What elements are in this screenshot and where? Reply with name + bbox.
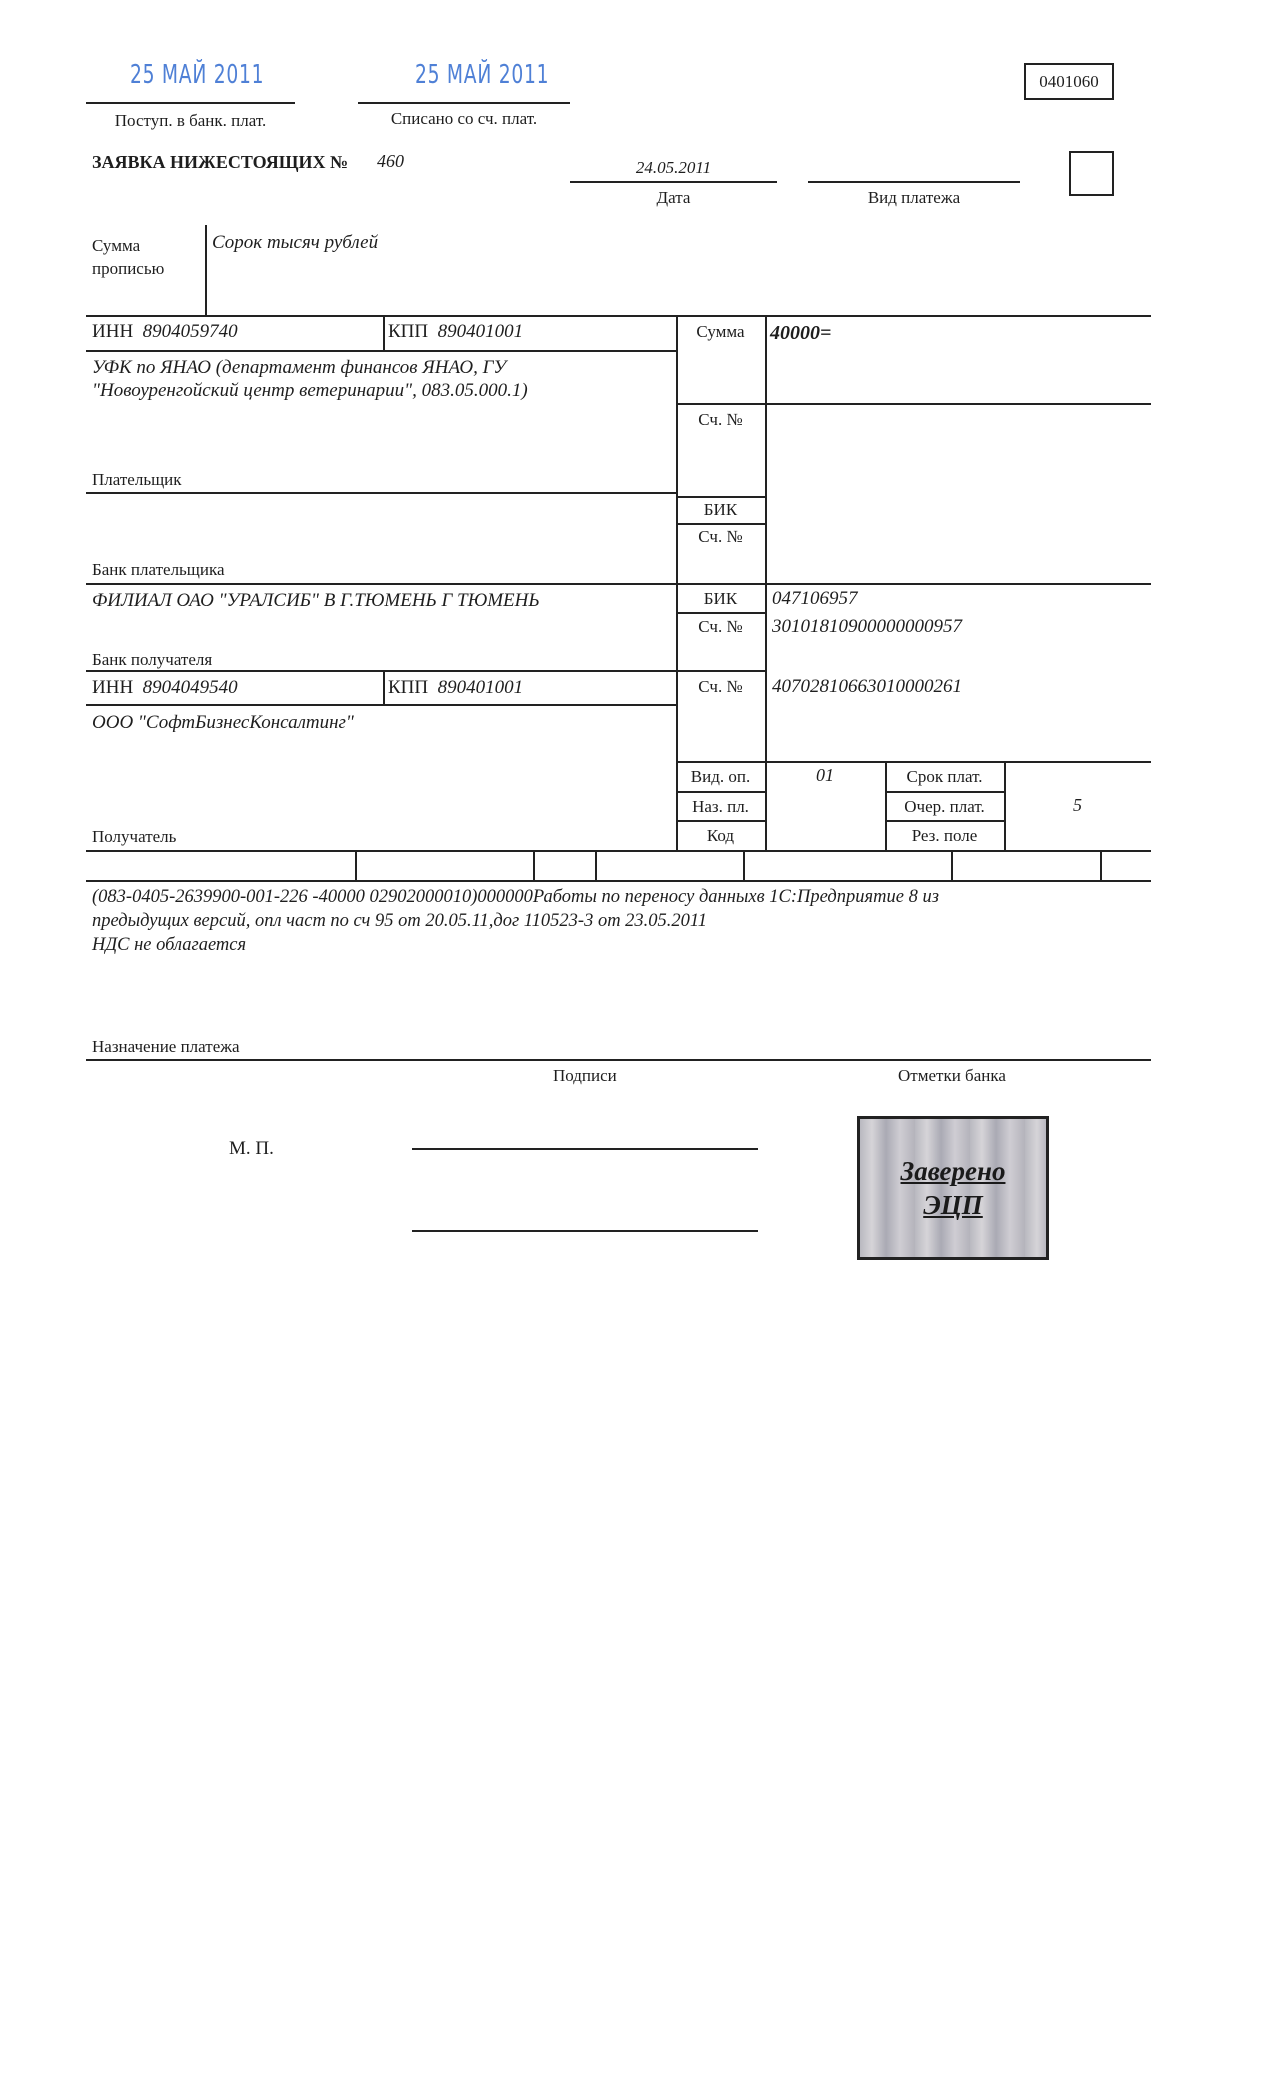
- debited-label: Списано со сч. плат.: [358, 109, 570, 129]
- op-type-label: Вид. оп.: [676, 767, 765, 787]
- amount-words-value: Сорок тысяч рублей: [212, 232, 378, 254]
- tax-divider-6: [1100, 850, 1102, 881]
- recipient-label: Получатель: [92, 827, 176, 847]
- payer-bank-account-label: Сч. №: [676, 527, 765, 547]
- amount-value: 40000=: [770, 322, 831, 345]
- recipient-name: ООО "СофтБизнесКонсалтинг": [92, 712, 354, 734]
- date-label: Дата: [570, 188, 777, 208]
- table-top-line: [86, 315, 1151, 317]
- payer-account-label: Сч. №: [676, 410, 765, 430]
- payer-kpp-value: 890401001: [438, 321, 524, 342]
- recipient-kpp-divider: [383, 670, 385, 705]
- code-label: Код: [676, 826, 765, 846]
- payer-inn-bottom-line: [86, 350, 676, 352]
- tax-divider-4: [743, 850, 745, 881]
- recipient-kpp-label: КПП: [388, 677, 428, 698]
- document-number: 460: [377, 151, 404, 172]
- recipient-account-value: 40702810663010000261: [772, 676, 962, 698]
- purpose-code-label: Наз. пл.: [676, 797, 765, 817]
- payer-bottom-line: [86, 492, 676, 494]
- payer-bik-top-line: [676, 496, 765, 498]
- recipient-bank-name: ФИЛИАЛ ОАО "УРАЛСИБ" В Г.ТЮМЕНЬ Г ТЮМЕНЬ: [92, 590, 540, 612]
- certified-line1: Заверено: [901, 1154, 1006, 1188]
- recipient-inn-bottom-line: [86, 704, 676, 706]
- payer-inn: ИНН 8904059740: [92, 321, 238, 343]
- tax-divider-5: [951, 850, 953, 881]
- payer-inn-label: ИНН: [92, 321, 133, 342]
- purpose-line1: (083-0405-2639900-001-226 -40000 0290200…: [92, 885, 939, 909]
- date-line: [570, 181, 777, 183]
- recipient-kpp: КПП 890401001: [388, 677, 523, 699]
- amount-label: Сумма: [676, 322, 765, 342]
- payer-inn-value: 8904059740: [143, 321, 238, 342]
- tax-divider-3: [595, 850, 597, 881]
- payment-type-line: [808, 181, 1020, 183]
- codes-row1-left: [676, 791, 765, 793]
- payer-bank-bottom-line: [86, 583, 1151, 585]
- certified-line2: ЭЦП: [923, 1188, 983, 1222]
- signatures-label: Подписи: [553, 1066, 617, 1086]
- payer-bank-label: Банк плательщика: [92, 560, 225, 580]
- form-code-box: 0401060: [1024, 63, 1114, 100]
- payer-kpp-divider: [383, 315, 385, 351]
- payer-bik-bottom-line: [676, 523, 765, 525]
- codes-row1-right: [885, 791, 1004, 793]
- recipient-bank-bik-value: 047106957: [772, 588, 858, 610]
- payer-name-line1: УФК по ЯНАО (департамент финансов ЯНАО, …: [92, 356, 528, 379]
- status-checkbox[interactable]: [1069, 151, 1114, 196]
- payer-label: Плательщик: [92, 470, 182, 490]
- payment-type-label: Вид платежа: [808, 188, 1020, 208]
- received-label: Поступ. в банк. плат.: [86, 111, 295, 131]
- document-title: ЗАЯВКА НИЖЕСТОЯЩИХ №: [92, 152, 348, 173]
- payer-kpp: КПП 890401001: [388, 321, 523, 343]
- payer-name-line2: "Новоуренгойский центр ветеринарии", 083…: [92, 379, 528, 402]
- amount-words-label-line2: прописью: [92, 257, 164, 280]
- recipient-bank-account-value: 30101810900000000957: [772, 616, 962, 638]
- amount-words-label: Сумма прописью: [92, 234, 164, 280]
- recipient-inn-label: ИНН: [92, 677, 133, 698]
- payer-name: УФК по ЯНАО (департамент финансов ЯНАО, …: [92, 356, 528, 402]
- reserved-label: Рез. поле: [885, 826, 1004, 846]
- amount-bottom-line: [676, 403, 1151, 405]
- bank-marks-label: Отметки банка: [898, 1066, 1006, 1086]
- recipient-inn-value: 8904049540: [143, 677, 238, 698]
- stamp-received-date: 25 МАЙ 2011: [130, 60, 264, 90]
- recipient-account-label: Сч. №: [676, 677, 765, 697]
- received-line: [86, 102, 295, 104]
- purpose-line3: НДС не облагается: [92, 933, 939, 957]
- certified-ecp-stamp: Заверено ЭЦП: [857, 1116, 1049, 1260]
- codes-top-line: [676, 761, 1151, 763]
- stamp-debited-date: 25 МАЙ 2011: [415, 60, 549, 90]
- payment-purpose: (083-0405-2639900-001-226 -40000 0290200…: [92, 885, 939, 957]
- tax-divider-1: [355, 850, 357, 881]
- seal-label: М. П.: [229, 1138, 274, 1160]
- recipient-bank-account-label: Сч. №: [676, 617, 765, 637]
- date-value: 24.05.2011: [570, 158, 777, 178]
- codes-row2-right: [885, 820, 1004, 822]
- recipient-bank-bik-label: БИК: [676, 589, 765, 609]
- amount-words-divider: [205, 225, 207, 316]
- purpose-bottom-line: [86, 1059, 1151, 1061]
- signature-line-2[interactable]: [412, 1230, 758, 1232]
- purpose-label: Назначение платежа: [92, 1037, 240, 1057]
- signature-line-1[interactable]: [412, 1148, 758, 1150]
- amount-words-label-line1: Сумма: [92, 234, 164, 257]
- recipient-kpp-value: 890401001: [438, 677, 524, 698]
- payer-kpp-label: КПП: [388, 321, 428, 342]
- priority-value: 5: [1004, 795, 1151, 816]
- op-type-value: 01: [765, 765, 885, 786]
- tax-row-bottom-line: [86, 880, 1151, 882]
- recipient-inn: ИНН 8904049540: [92, 677, 238, 699]
- recipient-bank-bottom-line: [86, 670, 765, 672]
- recipient-bik-bottom-line: [676, 612, 765, 614]
- purpose-line2: предыдущих версий, опл част по сч 95 от …: [92, 909, 939, 933]
- payer-bank-bik-label: БИК: [676, 500, 765, 520]
- tax-divider-2: [533, 850, 535, 881]
- priority-label: Очер. плат.: [885, 797, 1004, 817]
- recipient-bank-label: Банк получателя: [92, 650, 212, 670]
- tax-row-top-line: [86, 850, 1151, 852]
- codes-row2-left: [676, 820, 765, 822]
- due-label: Срок плат.: [885, 767, 1004, 787]
- debited-line: [358, 102, 570, 104]
